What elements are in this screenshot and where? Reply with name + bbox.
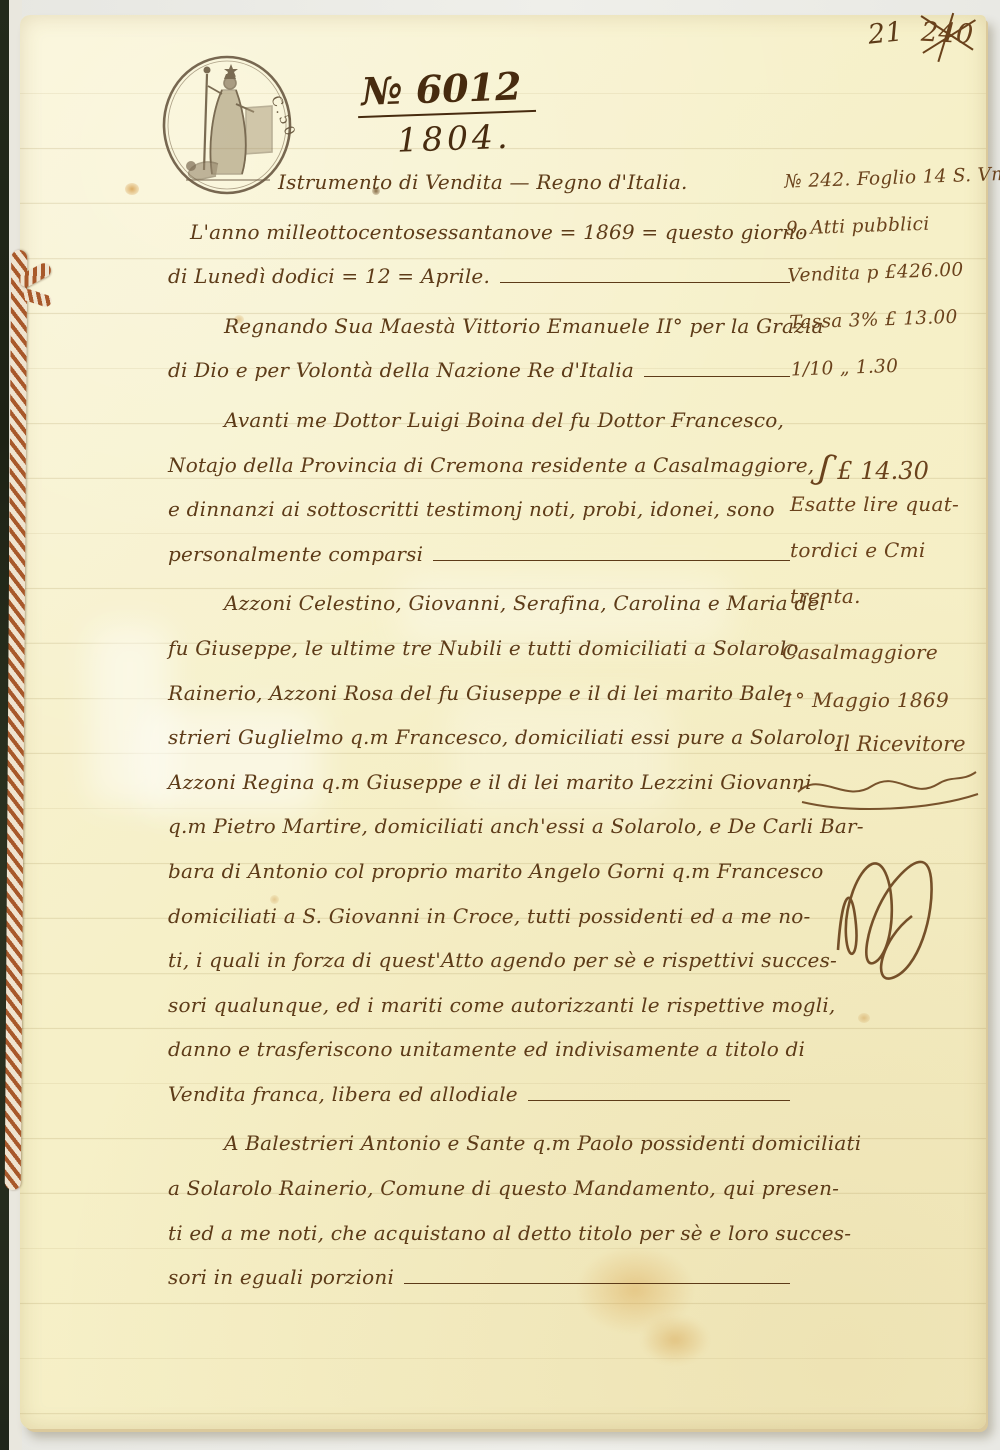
ruled-fill-line bbox=[644, 365, 790, 377]
body-line: sori qualunque, ed i mariti come autoriz… bbox=[168, 993, 790, 1038]
receiver-signature bbox=[790, 762, 990, 826]
deed-number: № 6012 bbox=[356, 63, 536, 118]
body-line: domiciliati a S. Giovanni in Croce, tutt… bbox=[168, 904, 790, 949]
body-line: strieri Guglielmo q.m Francesco, domicil… bbox=[168, 725, 790, 770]
body-line: Azzoni Regina q.m Giuseppe e il di lei m… bbox=[168, 770, 790, 815]
receipt-line: Esatte lire quat- bbox=[790, 492, 1000, 538]
body-line: di Dio e per Volontà della Nazione Re d'… bbox=[168, 358, 790, 403]
body-line: fu Giuseppe, le ultime tre Nubili e tutt… bbox=[168, 636, 790, 681]
body-line: Avanti me Dottor Luigi Boina del fu Dott… bbox=[168, 408, 790, 453]
body-line: danno e trasferiscono unitamente ed indi… bbox=[168, 1037, 790, 1082]
struck-out-number: 240 bbox=[920, 17, 974, 51]
page-number: 21 bbox=[866, 16, 904, 50]
ruled-fill-line bbox=[433, 549, 790, 561]
body-line: Vendita franca, libera ed allodiale bbox=[168, 1082, 790, 1127]
total-amount: £ 14.30 bbox=[837, 457, 929, 485]
margin-note-line: Vendita p £426.00 bbox=[787, 258, 994, 312]
deed-body-text: Istrumento di Vendita — Regno d'Italia.L… bbox=[168, 170, 790, 1310]
margin-note-line: 1/10 „ 1.30 bbox=[791, 352, 998, 406]
margin-registry-notes: № 242. Foglio 14 S. Vm9. Atti pubbliciVe… bbox=[784, 164, 997, 406]
body-line: di Lunedì dodici = 12 = Aprile. bbox=[168, 264, 790, 309]
body-line: personalmente comparsi bbox=[168, 542, 790, 587]
margin-note-line: 9. Atti pubblici bbox=[786, 211, 993, 265]
registration-heading: № 6012 1804. bbox=[356, 63, 537, 161]
body-line: Azzoni Celestino, Giovanni, Serafina, Ca… bbox=[168, 591, 790, 636]
foxing-spot bbox=[858, 1013, 870, 1023]
foxing-spot bbox=[125, 183, 139, 195]
scanned-notarial-deed: { "page": { "corner_number": "21", "corn… bbox=[0, 0, 1000, 1450]
receipt-note: Esatte lire quat-tordici e Cmitrenta. bbox=[790, 492, 1000, 630]
body-line: Rainerio, Azzoni Rosa del fu Giuseppe e … bbox=[168, 681, 790, 726]
receipt-line: tordici e Cmi bbox=[790, 538, 1000, 584]
allegorical-figure-icon bbox=[186, 64, 272, 180]
ruled-fill-line bbox=[528, 1089, 790, 1101]
body-line: a Solarolo Rainerio, Comune di questo Ma… bbox=[168, 1176, 790, 1221]
body-line: sori in eguali porzioni bbox=[168, 1265, 790, 1310]
body-line: bara di Antonio col proprio marito Angel… bbox=[168, 859, 790, 904]
ruled-fill-line bbox=[404, 1272, 790, 1284]
margin-note-line: Tassa 3% £ 13.00 bbox=[789, 305, 996, 359]
body-line: q.m Pietro Martire, domiciliati anch'ess… bbox=[168, 814, 790, 859]
body-line: Regnando Sua Maestà Vittorio Emanuele II… bbox=[168, 314, 790, 359]
body-line: ti, i quali in forza di quest'Atto agend… bbox=[168, 948, 790, 993]
paragraph: Istrumento di Vendita — Regno d'Italia. bbox=[168, 170, 790, 215]
body-line: ti ed a me noti, che acquistano al detto… bbox=[168, 1221, 790, 1266]
body-line: A Balestrieri Antonio e Sante q.m Paolo … bbox=[168, 1131, 790, 1176]
paragraph: A Balestrieri Antonio e Sante q.m Paolo … bbox=[168, 1131, 790, 1309]
fee-total: ʃ£ 14.30 bbox=[820, 448, 1000, 488]
receipt-line: trenta. bbox=[790, 584, 1000, 630]
body-line: e dinnanzi ai sottoscritti testimonj not… bbox=[168, 497, 790, 542]
ruled-fill-line bbox=[500, 271, 790, 283]
notary-paraph-flourish bbox=[820, 820, 970, 994]
place: Casalmaggiore bbox=[782, 640, 997, 688]
body-line: Notajo della Provincia di Cremona reside… bbox=[168, 453, 790, 498]
deed-year: 1804. bbox=[396, 116, 538, 160]
paragraph: Regnando Sua Maestà Vittorio Emanuele II… bbox=[168, 314, 790, 403]
paragraph: Azzoni Celestino, Giovanni, Serafina, Ca… bbox=[168, 591, 790, 1126]
margin-note-line: № 242. Foglio 14 S. Vm bbox=[784, 164, 991, 218]
receiver-title: Il Ricevitore bbox=[835, 732, 966, 756]
corner-numbers: 21 240 bbox=[868, 18, 973, 49]
ink-stain bbox=[640, 1315, 710, 1365]
date: 1° Maggio 1869 bbox=[782, 688, 997, 736]
body-line: Istrumento di Vendita — Regno d'Italia. bbox=[168, 170, 790, 215]
body-line: L'anno milleottocentosessantanove = 1869… bbox=[168, 220, 790, 265]
paragraph: L'anno milleottocentosessantanove = 1869… bbox=[168, 220, 790, 309]
paragraph: Avanti me Dottor Luigi Boina del fu Dott… bbox=[168, 408, 790, 586]
place-date: Casalmaggiore 1° Maggio 1869 bbox=[782, 640, 997, 736]
watermark-artifact bbox=[90, 625, 170, 805]
